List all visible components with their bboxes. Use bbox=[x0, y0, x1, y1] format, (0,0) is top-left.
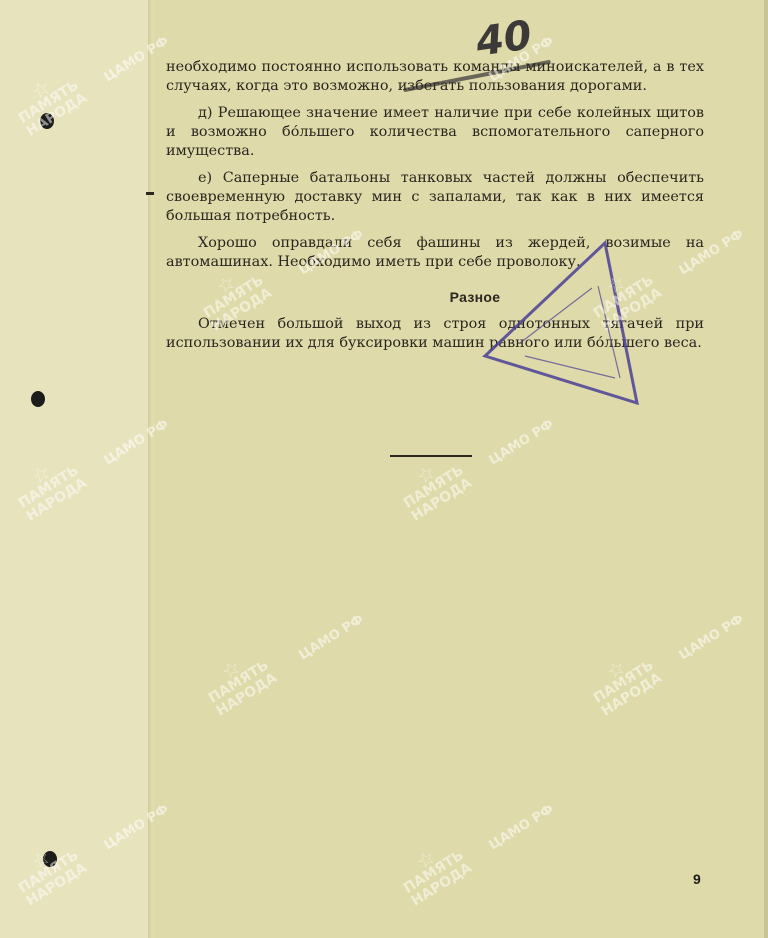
punch-hole bbox=[31, 391, 45, 407]
paragraph: необходимо постоянно использовать команд… bbox=[166, 58, 704, 96]
page-number: 9 bbox=[693, 871, 701, 887]
margin-mark bbox=[146, 192, 154, 195]
punch-hole bbox=[40, 113, 54, 129]
binding-strip bbox=[0, 0, 150, 938]
paragraph: е) Саперные батальоны танковых частей до… bbox=[166, 169, 704, 226]
triangle-stamp-icon bbox=[480, 238, 645, 413]
section-divider bbox=[390, 455, 472, 457]
punch-hole bbox=[43, 851, 57, 867]
paragraph: д) Решающее значение имеет наличие при с… bbox=[166, 104, 704, 161]
